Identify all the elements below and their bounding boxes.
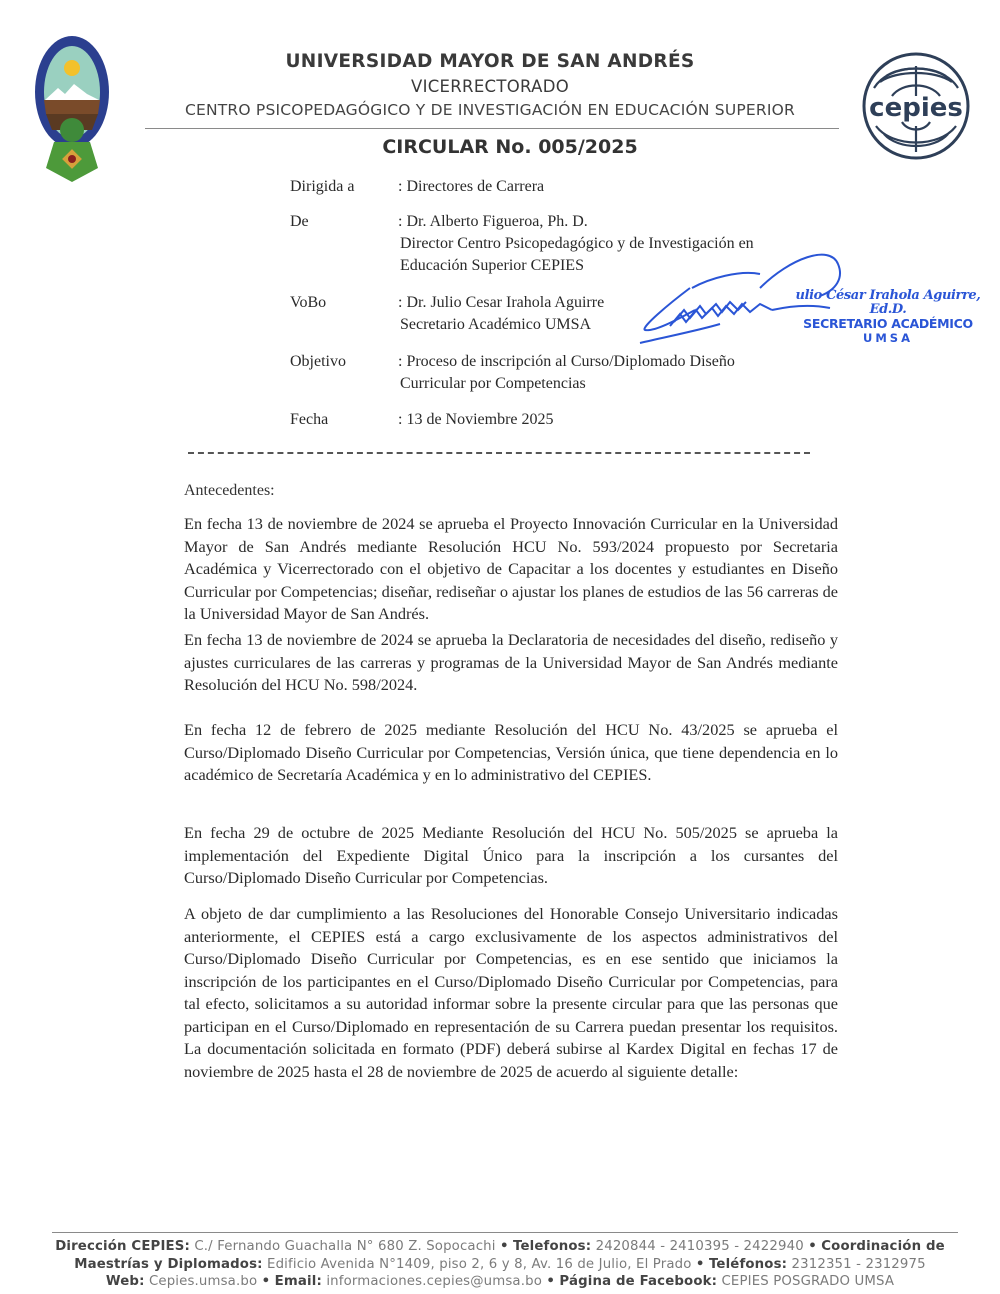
bullet-icon: • [262,1274,271,1289]
circular-title: CIRCULAR No. 005/2025 [310,136,710,158]
paragraph: En fecha 12 de febrero de 2025 mediante … [184,719,838,787]
svg-text:cepies: cepies [869,93,963,123]
footer-direccion: C./ Fernando Guachalla N° 680 Z. Sopocac… [194,1239,495,1254]
footer-email-link[interactable]: informaciones.cepies@umsa.bo [326,1274,542,1289]
centro-heading: CENTRO PSICOPEDAGÓGICO Y DE INVESTIGACIÓ… [150,101,830,119]
footer-divider [52,1232,958,1233]
footer-telefonos2: 2312351 - 2312975 [792,1257,926,1272]
paragraph: A objeto de dar cumplimiento a las Resol… [184,903,838,1083]
stamp-name: ulio César Irahola Aguirre, Ed.D. [778,289,998,317]
footer-web-label: Web: [106,1274,145,1289]
vicerrectorado-heading: VICERRECTORADO [150,77,830,96]
bullet-icon: • [696,1257,705,1272]
objetivo-line2: Curricular por Competencias [398,373,818,395]
footer-direccion-label: Dirección CEPIES: [55,1239,190,1254]
paragraph: En fecha 13 de noviembre de 2024 se apru… [184,513,838,626]
footer-facebook-label: Página de Facebook: [559,1274,717,1289]
paragraph: En fecha 13 de noviembre de 2024 se apru… [184,629,838,697]
bullet-icon: • [546,1274,555,1289]
footer-telefonos1-label: Telefonos: [513,1239,591,1254]
stamp-title: SECRETARIO ACADÉMICO [778,317,998,331]
footer-email-label: Email: [275,1274,322,1289]
meta-value-dirigida: : Directores de Carrera [398,176,818,198]
bullet-icon: • [808,1239,817,1254]
stamp-org: UMSA [778,331,998,345]
signature-stamp: ulio César Irahola Aguirre, Ed.D. SECRET… [778,289,998,345]
university-name: UNIVERSIDAD MAYOR DE SAN ANDRÉS [150,51,830,72]
de-name: : Dr. Alberto Figueroa, Ph. D. [398,211,818,233]
meta-value-fecha: : 13 de Noviembre 2025 [398,409,818,431]
antecedentes-label: Antecedentes: [184,482,275,500]
header-divider [145,128,839,129]
footer-telefonos2-label: Teléfonos: [709,1257,787,1272]
meta-label-vobo: VoBo [290,292,326,314]
footer-facebook: CEPIES POSGRADO UMSA [721,1274,894,1289]
meta-label-de: De [290,211,309,233]
meta-label-dirigida: Dirigida a [290,176,354,198]
footer-telefonos1: 2420844 - 2410395 - 2422940 [596,1239,804,1254]
meta-label-fecha: Fecha [290,409,328,431]
meta-label-objetivo: Objetivo [290,351,346,373]
footer: Dirección CEPIES: C./ Fernando Guachalla… [40,1238,960,1291]
footer-web-link[interactable]: Cepies.umsa.bo [149,1274,257,1289]
paragraph: En fecha 29 de octubre de 2025 Mediante … [184,822,838,890]
section-divider [188,452,810,454]
umsa-seal-logo [32,34,112,184]
footer-coordinacion: Edificio Avenida N°1409, piso 2, 6 y 8, … [267,1257,691,1272]
bullet-icon: • [500,1239,509,1254]
